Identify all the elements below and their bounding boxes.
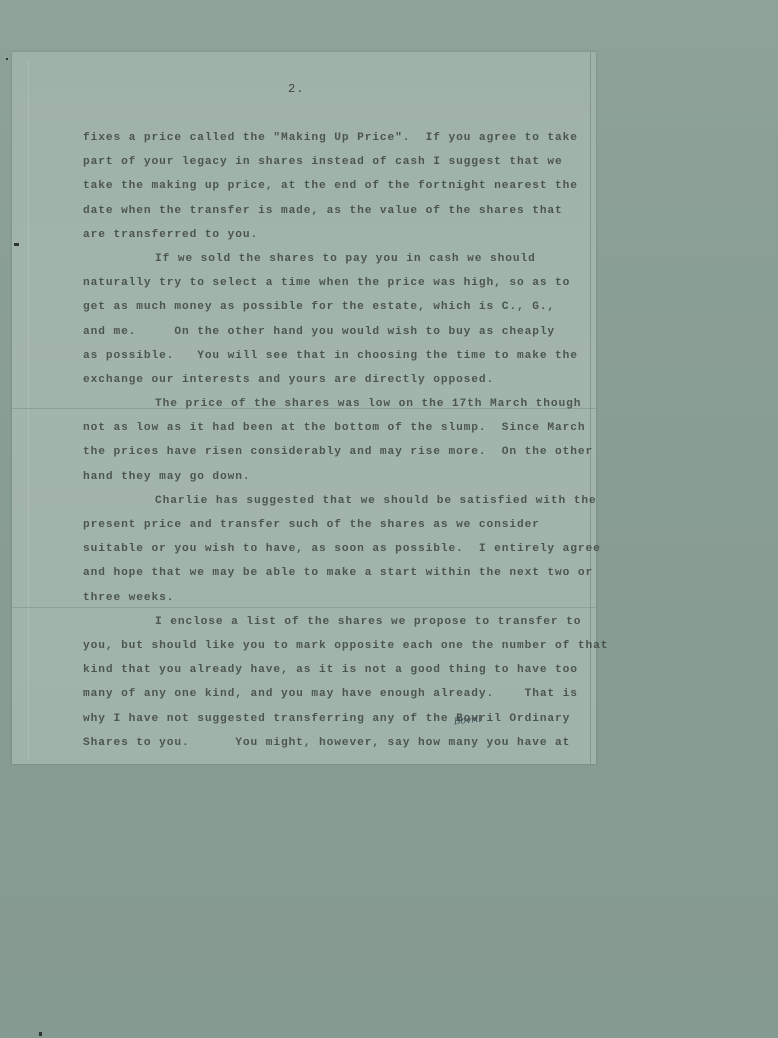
typed-line: take the making up price, at the end of … bbox=[83, 174, 603, 198]
typed-line: kind that you already have, as it is not… bbox=[83, 658, 603, 682]
typed-line: part of your legacy in shares instead of… bbox=[83, 150, 603, 174]
typed-line: three weeks. bbox=[83, 586, 603, 610]
scan-mark bbox=[14, 243, 19, 246]
typed-line: get as much money as possible for the es… bbox=[83, 295, 603, 319]
typed-line: naturally try to select a time when the … bbox=[83, 271, 603, 295]
typed-line: Shares to you. You might, however, say h… bbox=[83, 731, 603, 755]
page-number: 2. bbox=[288, 82, 304, 96]
typed-line: and me. On the other hand you would wish… bbox=[83, 320, 603, 344]
typed-line: present price and transfer such of the s… bbox=[83, 513, 603, 537]
scan-mark bbox=[39, 1032, 42, 1036]
typed-line: I enclose a list of the shares we propos… bbox=[83, 610, 603, 634]
typed-line: hand they may go down. bbox=[83, 465, 603, 489]
typed-line: date when the transfer is made, as the v… bbox=[83, 199, 603, 223]
letter-body: fixes a price called the "Making Up Pric… bbox=[83, 126, 603, 755]
scan-mark bbox=[6, 58, 8, 60]
typed-line: Charlie has suggested that we should be … bbox=[83, 489, 603, 513]
typed-line: as possible. You will see that in choosi… bbox=[83, 344, 603, 368]
typed-line: fixes a price called the "Making Up Pric… bbox=[83, 126, 603, 150]
typed-line: why I have not suggested transferring an… bbox=[83, 707, 603, 731]
typed-line: The price of the shares was low on the 1… bbox=[83, 392, 603, 416]
typed-line: not as low as it had been at the bottom … bbox=[83, 416, 603, 440]
typed-line: many of any one kind, and you may have e… bbox=[83, 682, 603, 706]
typed-line: and hope that we may be able to make a s… bbox=[83, 561, 603, 585]
typed-line: the prices have risen considerably and m… bbox=[83, 440, 603, 464]
typed-line: you, but should like you to mark opposit… bbox=[83, 634, 603, 658]
typed-line: are transferred to you. bbox=[83, 223, 603, 247]
typed-line: exchange our interests and yours are dir… bbox=[83, 368, 603, 392]
typed-line: suitable or you wish to have, as soon as… bbox=[83, 537, 603, 561]
typed-line: If we sold the shares to pay you in cash… bbox=[83, 247, 603, 271]
